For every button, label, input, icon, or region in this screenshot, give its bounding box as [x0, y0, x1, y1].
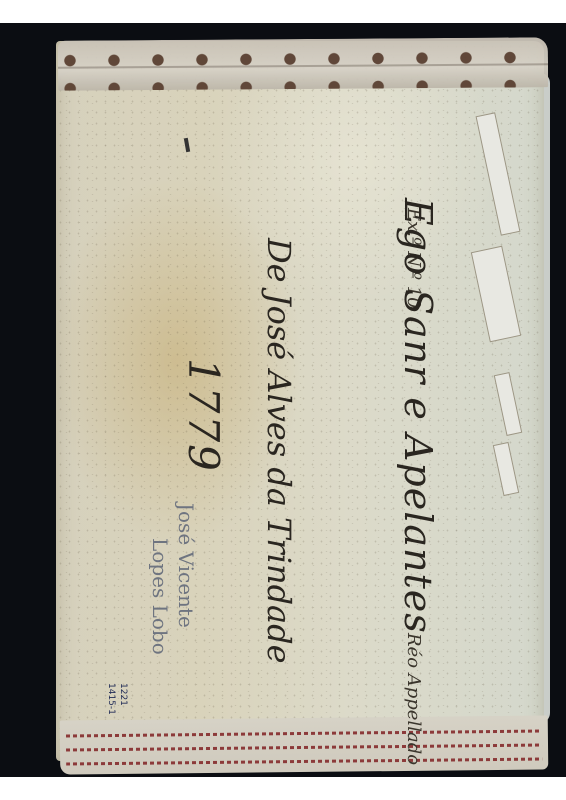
top-fabric-binding [58, 37, 548, 90]
archive-number-2: 1415-1 [106, 683, 116, 715]
inscription-second-line: De José Alves da Trindade [260, 238, 298, 664]
bottom-fabric-binding [60, 715, 549, 774]
document-cover [56, 41, 544, 761]
inscription-main-title: Ego Sanr e Apelantes [396, 198, 440, 634]
inscription-appellee: Réo Appellado [403, 633, 424, 765]
pencil-note-2: Lopes Lobo [148, 538, 172, 655]
paper-grain [56, 41, 544, 761]
archive-number-1: 1221 [118, 683, 128, 706]
pencil-note-1: José Vicente [174, 503, 198, 628]
photo-background: Ex.º N.º 10 Réo Appellado Ego Sanr e Ape… [0, 23, 566, 777]
inscription-year: 1779 [179, 358, 228, 473]
